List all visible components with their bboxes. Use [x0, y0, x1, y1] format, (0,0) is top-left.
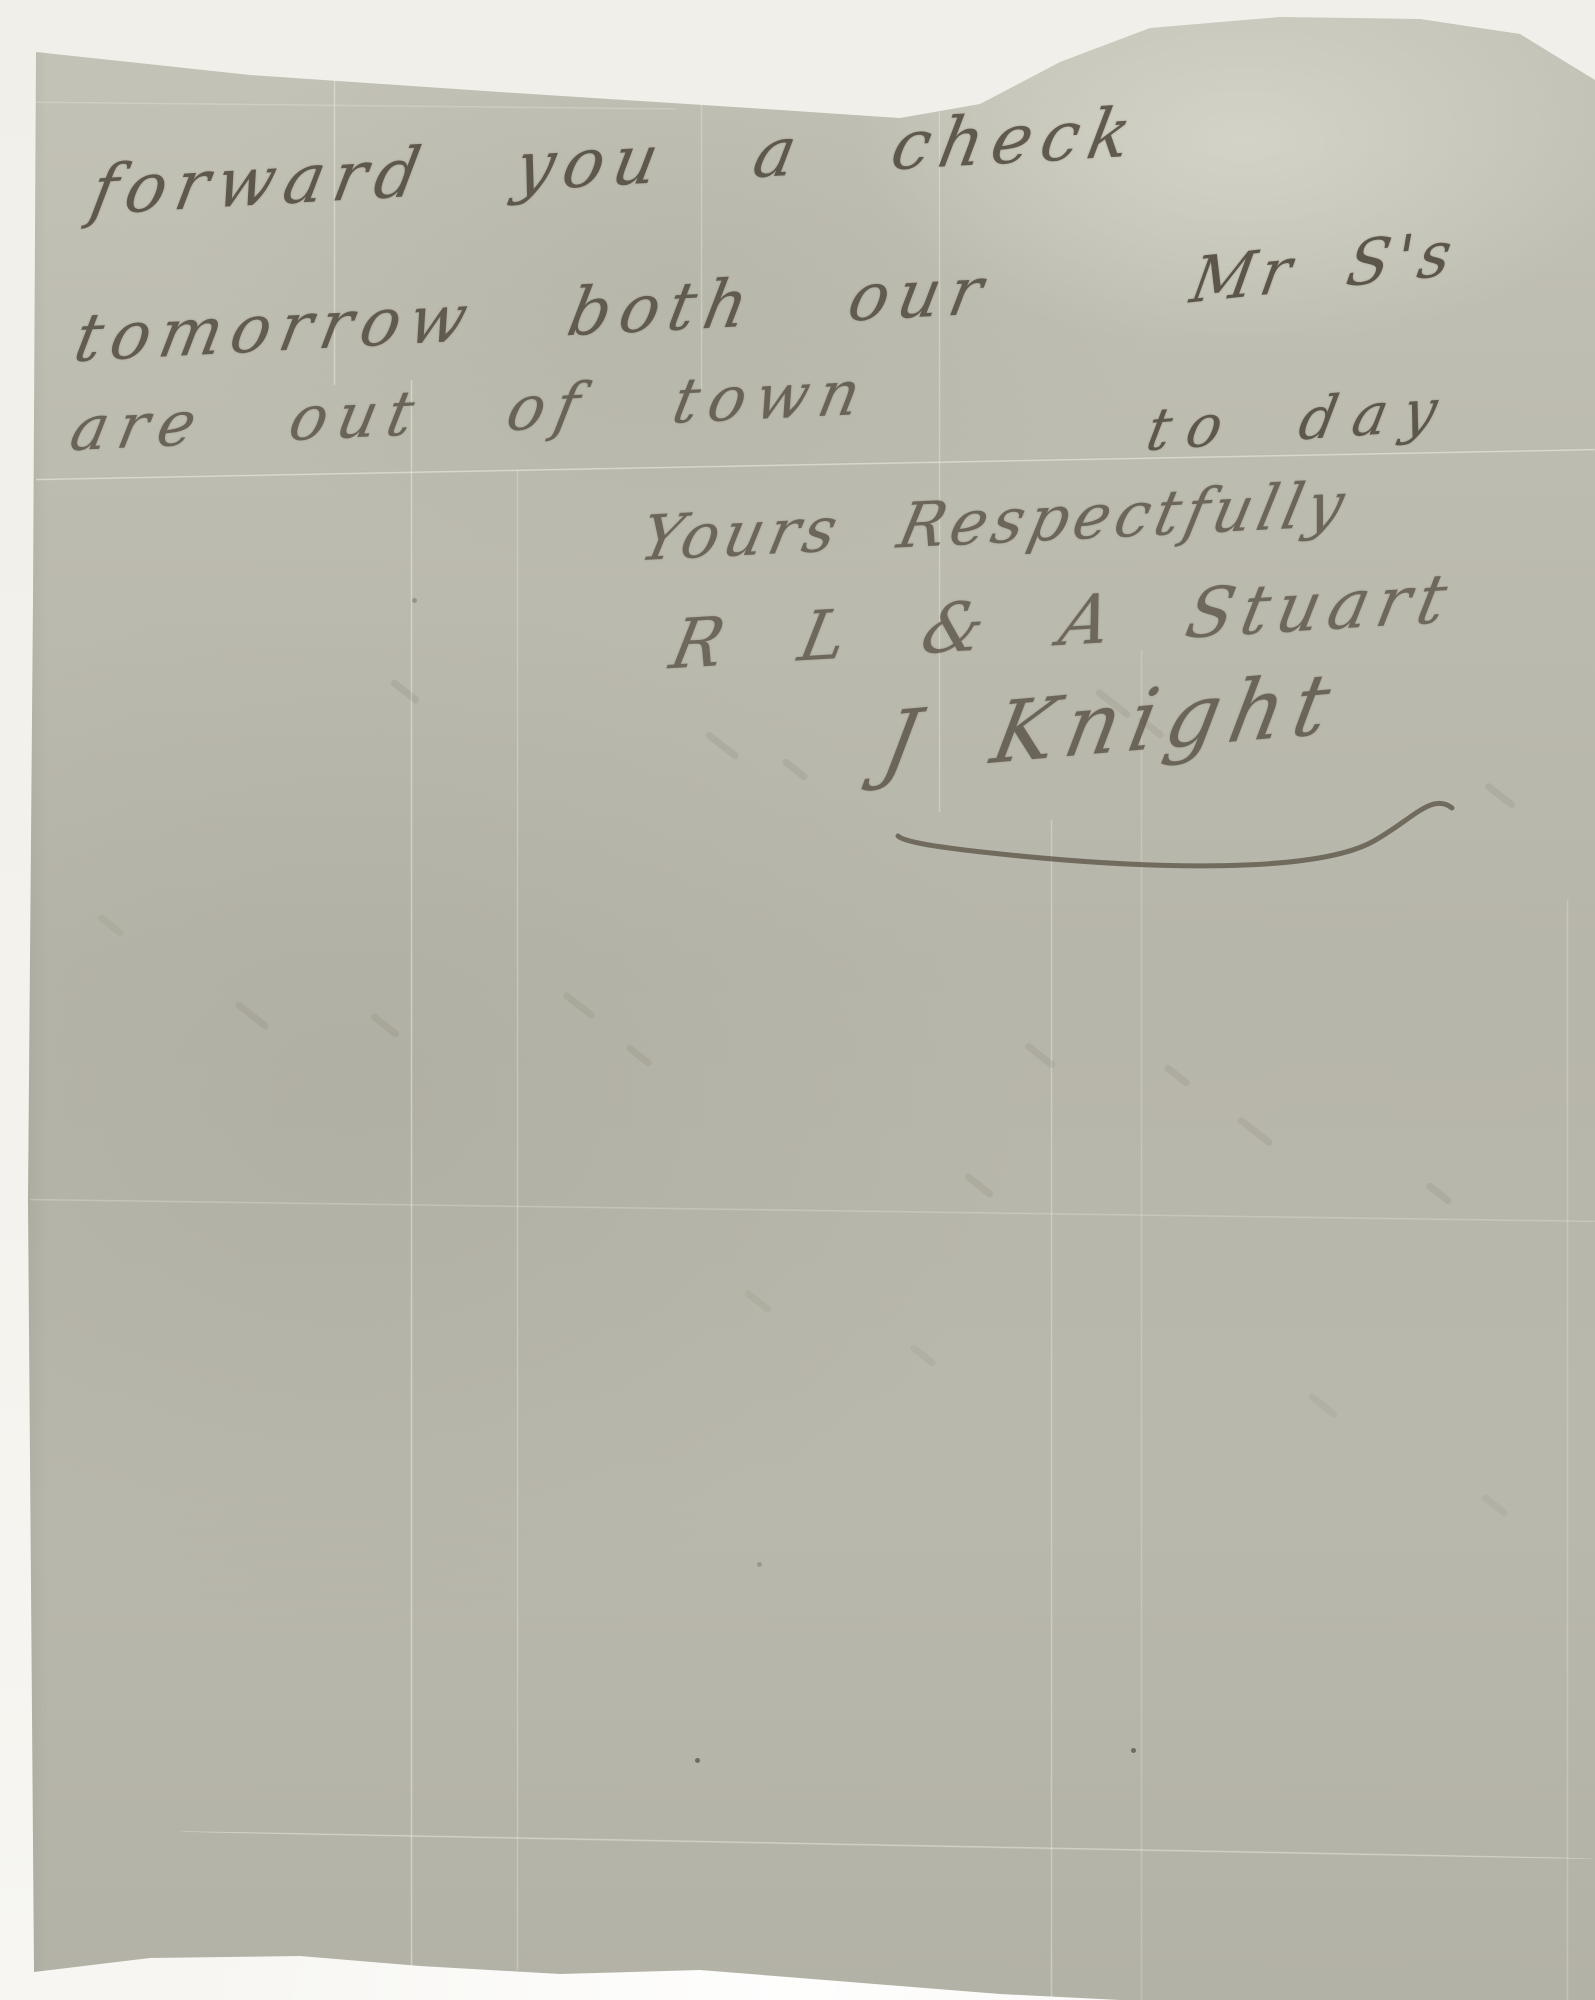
- ink-showthrough-mark: [1163, 1064, 1191, 1088]
- closing-line: Yours Respectfully: [634, 467, 1356, 575]
- paper-speck: [412, 598, 417, 603]
- ink-showthrough-mark: [1484, 782, 1517, 810]
- fold-crease-vertical: [410, 380, 413, 1970]
- signature-flourish: [892, 790, 1482, 880]
- paper-speck: [1131, 1748, 1136, 1753]
- handwriting-line-3: are out of town: [65, 355, 877, 465]
- ink-showthrough-mark: [97, 914, 125, 938]
- ink-showthrough-mark: [1307, 1392, 1338, 1418]
- clerk-signature: J Knight: [874, 653, 1347, 793]
- ink-showthrough-mark: [562, 991, 596, 1020]
- ink-showthrough-mark: [909, 1344, 937, 1368]
- fold-crease-horizontal: [36, 101, 676, 111]
- ink-showthrough-mark: [1425, 1182, 1453, 1206]
- ink-showthrough-mark: [1481, 1494, 1509, 1518]
- ink-showthrough-mark: [625, 1044, 653, 1068]
- ink-showthrough-mark: [1024, 1042, 1057, 1070]
- letter-paper: forward you a check tomorrow both our Mr…: [0, 0, 1595, 2000]
- paper-speck: [695, 1758, 700, 1763]
- photograph-backdrop: forward you a check tomorrow both our Mr…: [0, 0, 1595, 2000]
- ink-showthrough-mark: [234, 1000, 270, 1030]
- paper-speck: [757, 1562, 762, 1567]
- ink-showthrough-mark: [1236, 1116, 1273, 1147]
- ink-showthrough-mark: [704, 730, 740, 760]
- fold-crease-vertical: [1050, 820, 1053, 2000]
- ink-showthrough-mark: [743, 1289, 773, 1314]
- ink-showthrough-mark: [369, 1012, 400, 1038]
- fold-crease-vertical: [1566, 900, 1569, 2000]
- ink-showthrough-mark: [781, 758, 809, 782]
- ink-showthrough-mark: [389, 678, 420, 704]
- handwriting-line-2-inset: Mr S's: [1185, 215, 1463, 318]
- fold-crease-vertical: [516, 470, 519, 1970]
- fold-crease-horizontal: [180, 1830, 1595, 1860]
- handwriting-line-3-inset: to day: [1141, 374, 1459, 464]
- fold-crease-vertical: [1140, 650, 1143, 2000]
- ink-showthrough-mark: [963, 1172, 994, 1198]
- handwriting-line-1: forward you a check: [84, 93, 1146, 231]
- fold-crease-horizontal: [30, 1198, 1595, 1223]
